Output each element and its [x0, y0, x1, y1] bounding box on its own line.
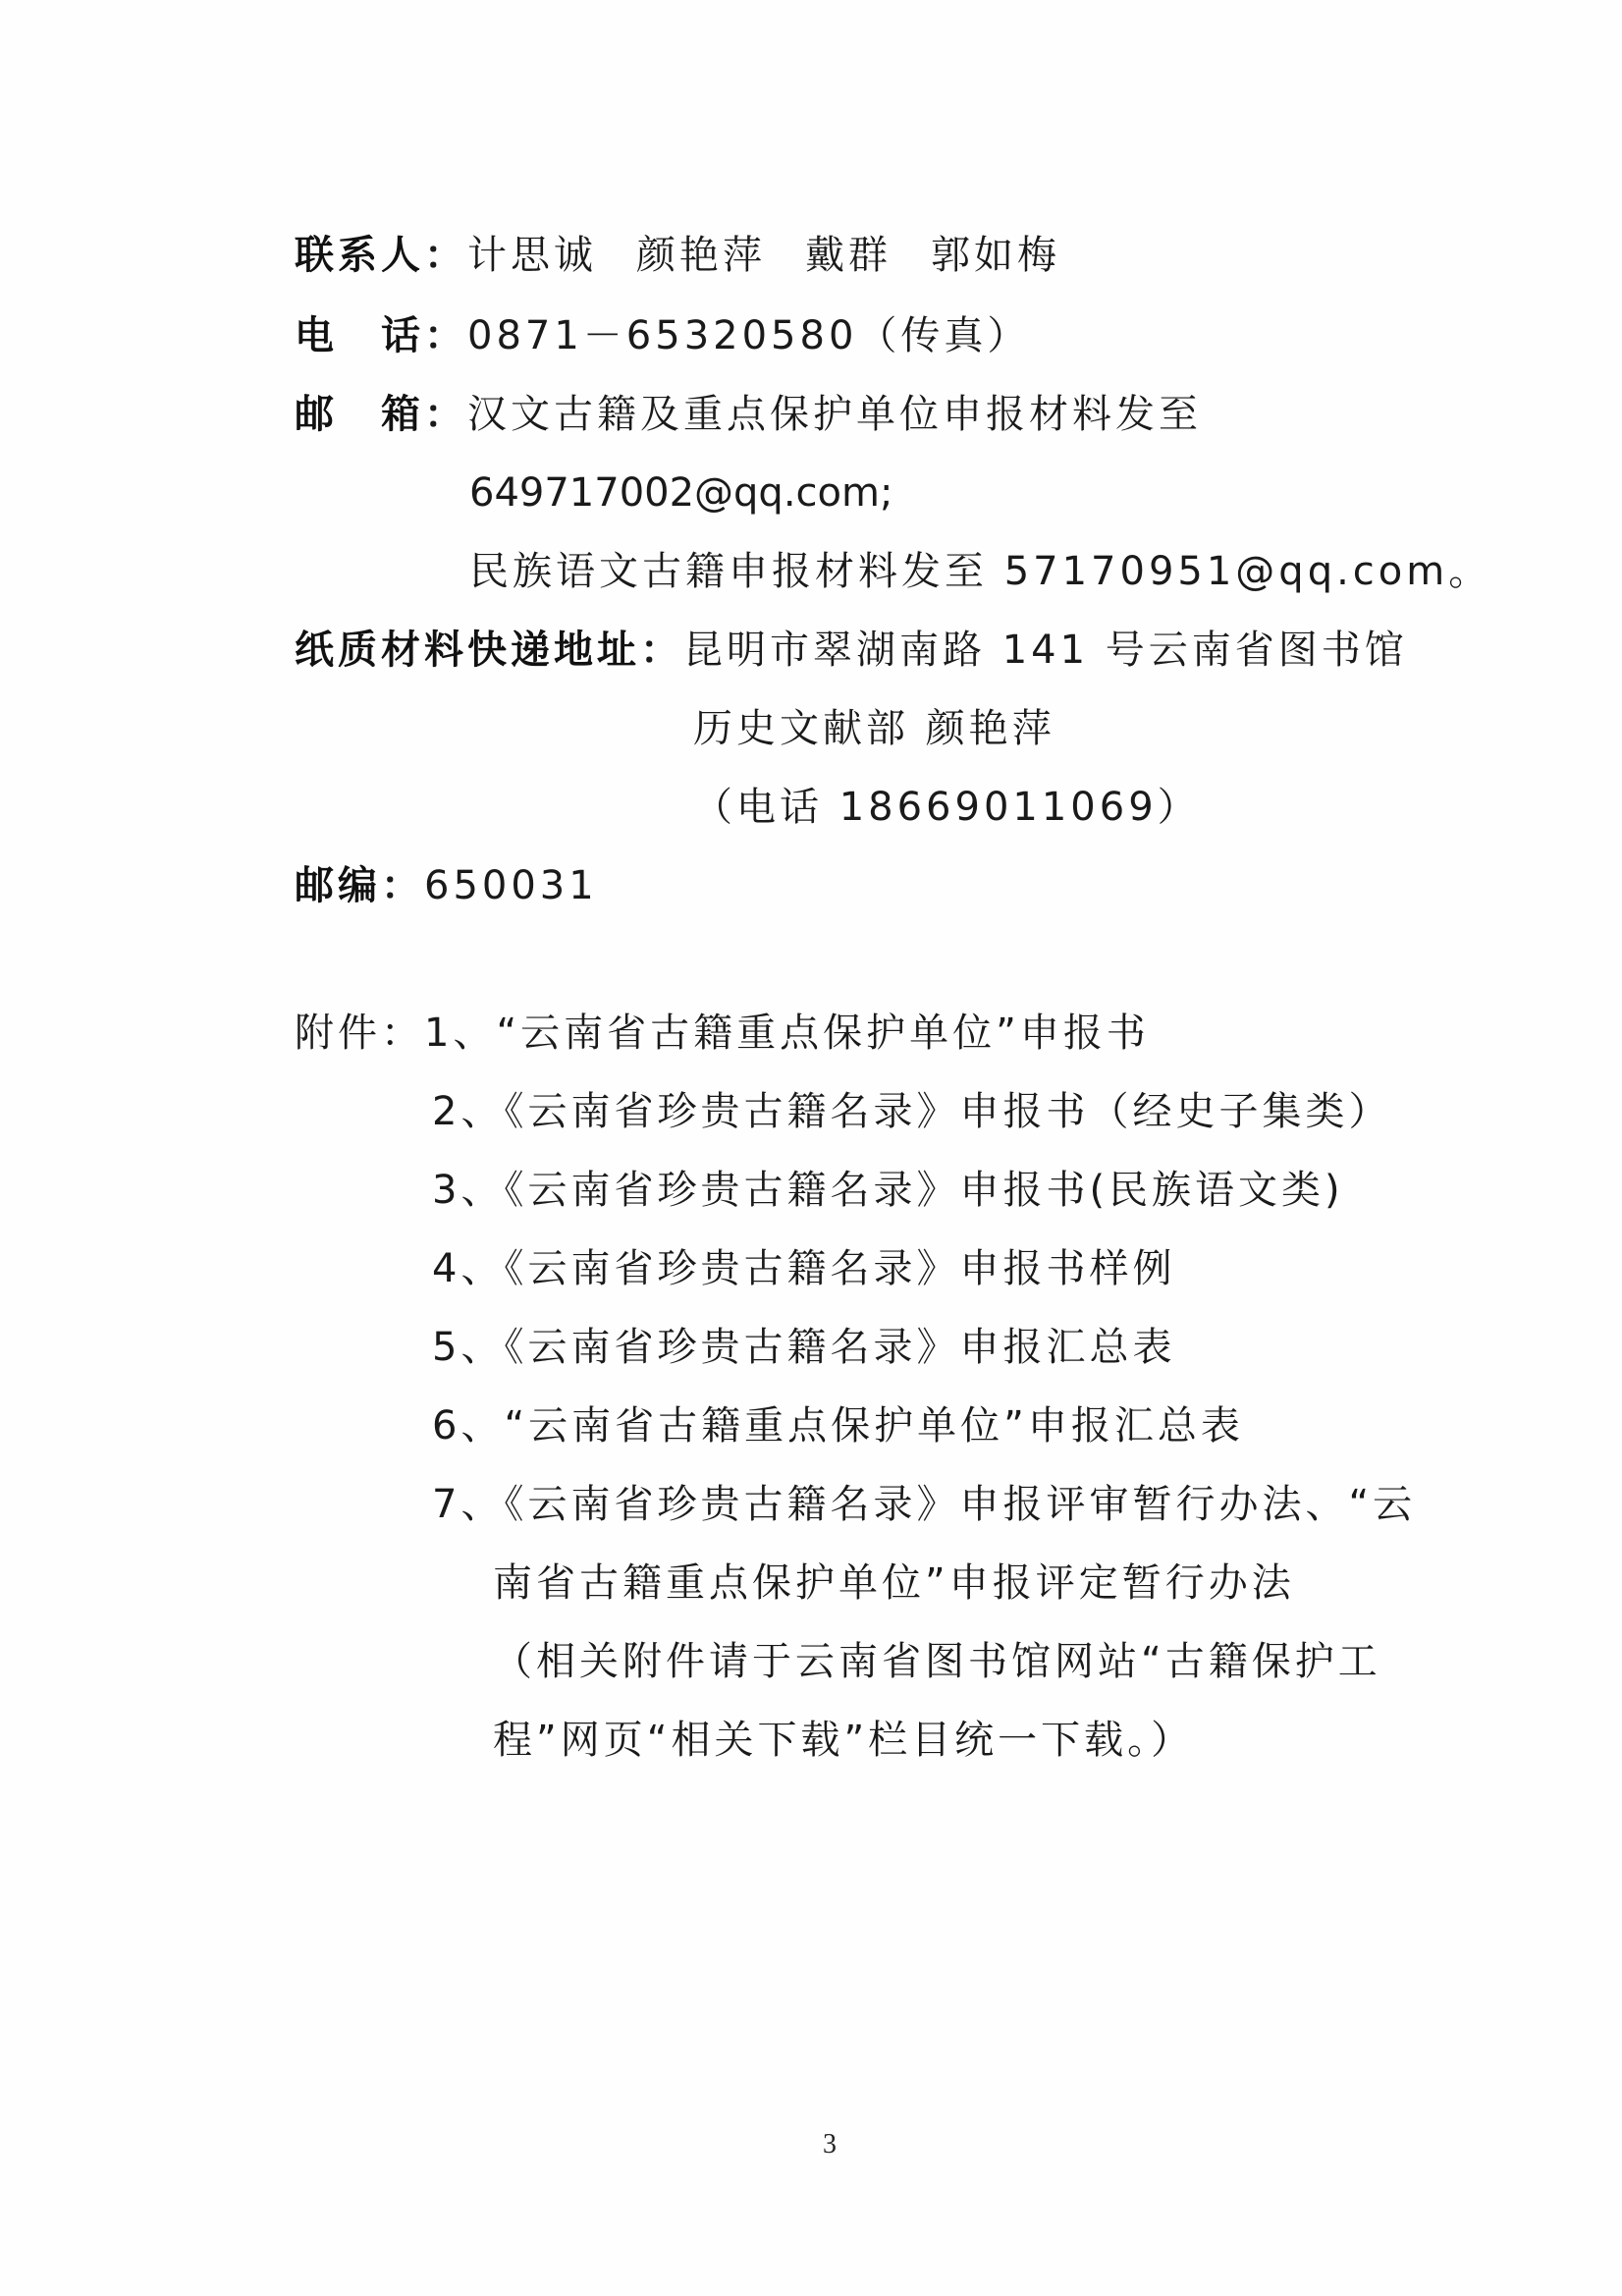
page-number: 3	[823, 2129, 837, 2160]
contacts-separator: ：	[424, 233, 467, 278]
phone-row: 电话：0871－65320580（传真）	[295, 312, 1030, 359]
contact-name: 郭如梅	[931, 233, 1060, 278]
postcode-row: 邮编：650031	[295, 862, 598, 909]
attachment-item: 6、“云南省古籍重点保护单位”申报汇总表	[432, 1402, 1244, 1449]
mailing-address-line3: （电话 18669011069）	[693, 784, 1201, 831]
postcode-separator: ：	[381, 863, 424, 908]
attachment-row-1: 附件：1、“云南省古籍重点保护单位”申报书	[295, 1010, 1150, 1057]
attachment-item: 1、“云南省古籍重点保护单位”申报书	[424, 1011, 1150, 1056]
contacts-row: 联系人：计思诚颜艳萍戴群郭如梅	[295, 232, 1060, 279]
attachment-item: 4、《云南省珍贵古籍名录》申报书样例	[432, 1245, 1175, 1292]
attachment-item: 5、《云南省珍贵古籍名录》申报汇总表	[432, 1324, 1175, 1371]
postcode-value: 650031	[424, 863, 598, 908]
email-row: 邮箱：汉文古籍及重点保护单位申报材料发至	[295, 391, 1202, 438]
mailing-address-line1: 昆明市翠湖南路 141 号云南省图书馆	[683, 628, 1408, 673]
mailing-address-label: 纸质材料快递地址	[295, 628, 640, 673]
contact-name: 戴群	[805, 233, 892, 278]
contact-name: 颜艳萍	[636, 233, 766, 278]
mailing-address-separator: ：	[640, 628, 683, 673]
attachment-item: 2、《云南省珍贵古籍名录》申报书（经史子集类）	[432, 1088, 1391, 1135]
document-page: 联系人：计思诚颜艳萍戴群郭如梅 电话：0871－65320580（传真） 邮箱：…	[0, 0, 1622, 2296]
phone-value: 0871－65320580（传真）	[467, 313, 1030, 358]
attachment-item-continuation: 南省古籍重点保护单位”申报评定暂行办法	[493, 1559, 1295, 1607]
postcode-label: 邮编	[295, 863, 381, 908]
phone-label-char1: 电	[295, 313, 338, 358]
email-label-char2: 箱	[381, 392, 424, 437]
mailing-address-row: 纸质材料快递地址：昆明市翠湖南路 141 号云南省图书馆	[295, 627, 1408, 674]
attachments-label: 附件：	[295, 1011, 424, 1056]
attachment-item: 3、《云南省珍贵古籍名录》申报书(民族语文类)	[432, 1167, 1344, 1214]
email-label-char1: 邮	[295, 392, 338, 437]
contacts-label: 联系人	[295, 233, 424, 278]
phone-separator: ：	[424, 313, 467, 358]
contact-name: 计思诚	[467, 233, 597, 278]
attachment-item: 7、《云南省珍贵古籍名录》申报评审暂行办法、“云	[432, 1481, 1416, 1528]
email-address-hanwen[interactable]: 649717002@qq.com;	[469, 469, 892, 517]
phone-label-char2: 话	[381, 313, 424, 358]
email-separator: ：	[424, 392, 467, 437]
email-line3: 民族语文古籍申报材料发至 57170951@qq.com。	[469, 548, 1491, 595]
email-line1: 汉文古籍及重点保护单位申报材料发至	[467, 392, 1202, 437]
mailing-address-line2: 历史文献部 颜艳萍	[693, 705, 1055, 752]
attachments-note-line2: 程”网页“相关下载”栏目统一下载。）	[493, 1717, 1194, 1764]
attachments-note-line1: （相关附件请于云南省图书馆网站“古籍保护工	[493, 1638, 1381, 1685]
